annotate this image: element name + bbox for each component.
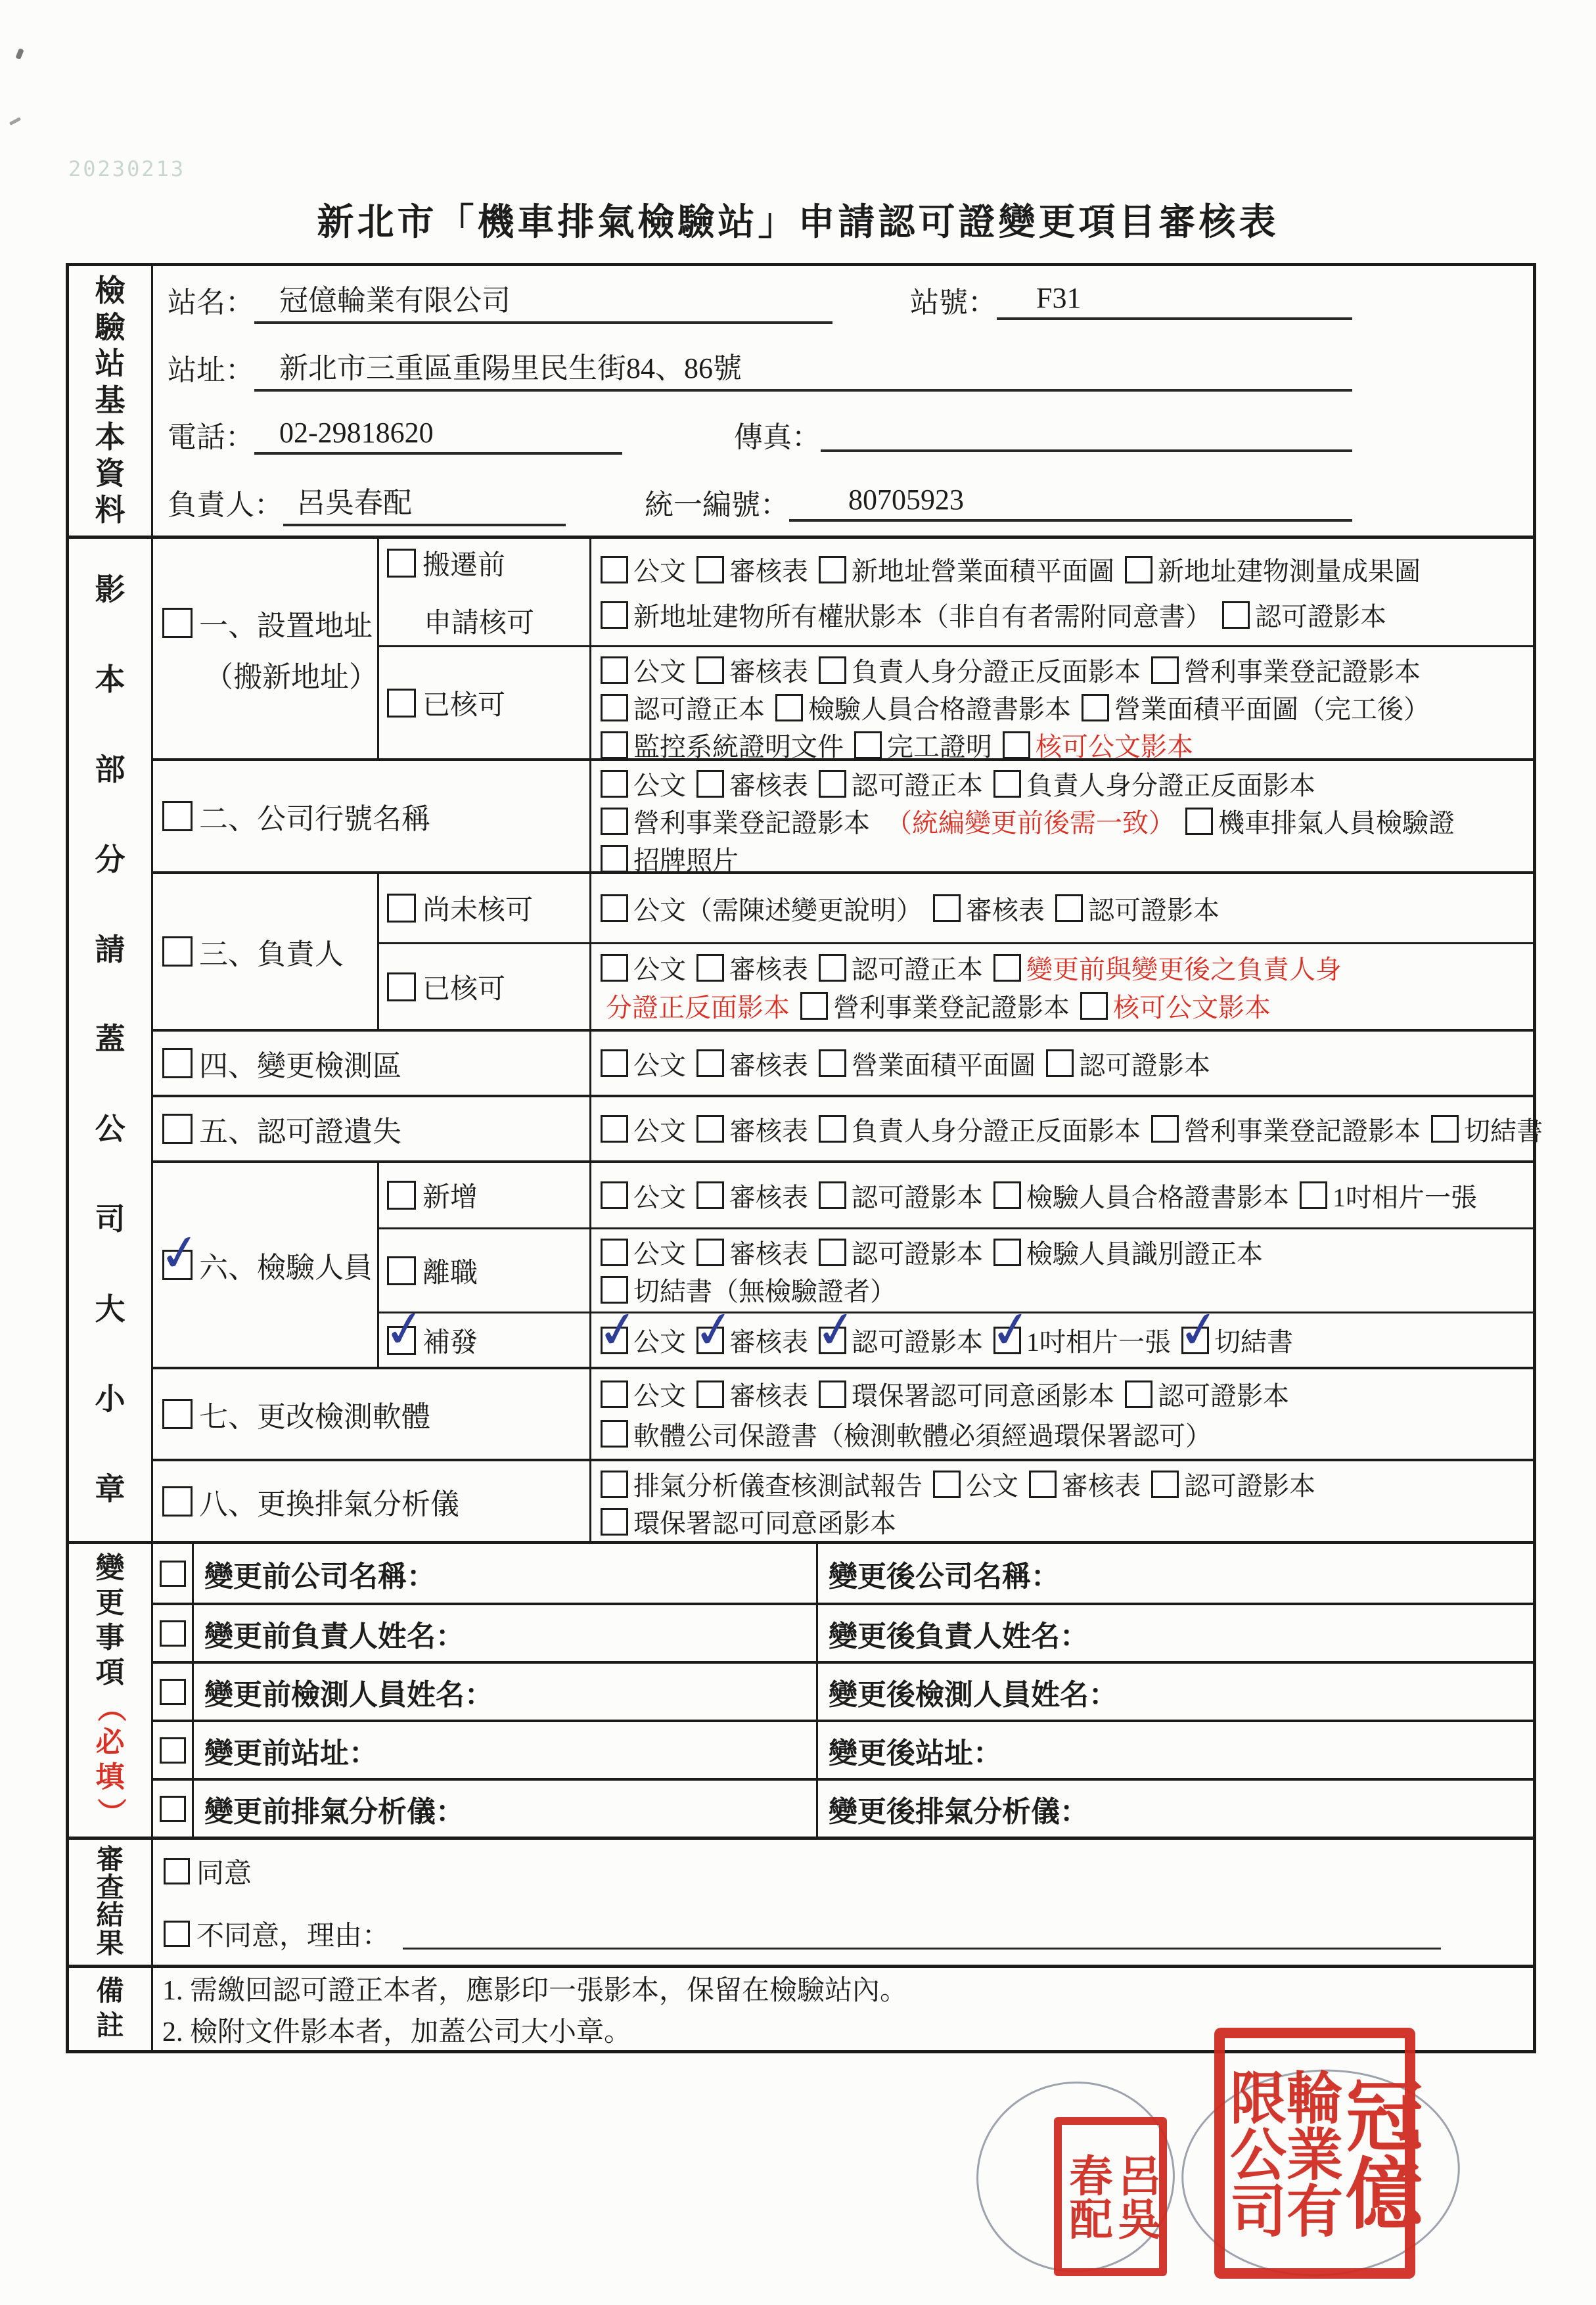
checkbox-營利事業登記證影本[interactable] (1151, 1115, 1179, 1143)
disagree-label: 不同意，理由： (196, 1914, 390, 1953)
documents-cell: 公文審核表環保署認可同意函影本認可證影本軟體公司保證書（檢測軟體必須經過環保署認… (591, 1369, 1533, 1459)
documents-cell: 公文審核表認可證影本檢驗人員識別證正本切結書（無檢驗證者） (591, 1229, 1533, 1312)
category-title-line: 四、變更檢測區 (162, 1042, 589, 1084)
subcategory-title-line: ✓補發 (387, 1321, 589, 1360)
doc-category-row: 二、公司行號名稱公文審核表認可證正本負責人身分證正反面影本營利事業登記證影本（統… (153, 758, 1533, 871)
category-title-line: 五、認可證遺失 (162, 1108, 589, 1150)
change-after-label[interactable]: 變更後檢測人員姓名： (818, 1664, 1533, 1720)
checkbox-認可證正本[interactable] (819, 954, 846, 982)
pen-check-mark: ✓ (1175, 1302, 1223, 1357)
doc-requirement: 公文（需陳述變更說明） (601, 890, 923, 927)
checkbox-已核可[interactable] (387, 689, 416, 718)
checkbox-審核表[interactable] (696, 1115, 724, 1143)
doc-requirement: 公文 (601, 1375, 686, 1413)
checkbox-營利事業登記證影本[interactable] (601, 808, 628, 835)
category-label: 七、更改檢測軟體 (199, 1393, 430, 1435)
scan-date-stamp: 20230213 (68, 156, 185, 181)
doc-label: 認可證影本 (852, 1233, 983, 1271)
seal-column: 呂吳 (1113, 2125, 1156, 2268)
section-label-basic: 檢驗站基本資料 (69, 266, 153, 536)
doc-requirement: ✓公文 (601, 1321, 686, 1359)
category-title-line: 八、更換排氣分析儀 (162, 1480, 589, 1522)
doc-label: 認可證影本 (852, 1321, 983, 1359)
doc-requirement: 認可證影本 (1222, 596, 1386, 633)
vertical-label-char: 果 (96, 1930, 124, 1958)
doc-label: 審核表 (966, 890, 1045, 927)
change-after-label[interactable]: 變更後排氣分析儀： (818, 1781, 1533, 1837)
checkbox-認可證正本[interactable] (819, 770, 846, 798)
checkbox-審核表[interactable] (696, 556, 724, 583)
doc-note: 分證正反面影本 (601, 987, 790, 1024)
checkbox-公文（需陳述變更說明）[interactable] (601, 894, 628, 922)
vertical-label-char: 蓋 (95, 1024, 125, 1055)
subcategory-cell: 新增 (379, 1163, 591, 1227)
station-name-value[interactable]: 冠億輪業有限公司 (254, 275, 832, 324)
pen-check-mark: ✓ (812, 1302, 861, 1357)
doc-label: 1吋相片一張 (1026, 1321, 1171, 1359)
checkbox-營業面積平面圖（完工後）[interactable] (1082, 694, 1109, 721)
checkbox-認可證影本[interactable] (1046, 1049, 1074, 1077)
documents-line: 公文審核表營業面積平面圖認可證影本 (601, 1045, 1530, 1082)
category-label: 八、更換排氣分析儀 (199, 1480, 459, 1522)
review-body: 同意 不同意，理由： (153, 1840, 1533, 1965)
category-cell: 七、更改檢測軟體 (153, 1369, 591, 1459)
checkbox-公文[interactable] (601, 556, 628, 583)
owner-value[interactable]: 呂吳春配 (283, 478, 566, 526)
checkbox-環保署認可同意函影本[interactable] (601, 1508, 628, 1536)
checkbox-檢驗人員合格證書影本[interactable] (775, 694, 803, 721)
doc-requirement: 核可公文影本 (1080, 987, 1271, 1024)
checkbox-審核表[interactable] (696, 1381, 724, 1408)
section-review-result: 審查結果 同意 不同意，理由： (69, 1837, 1533, 1965)
subrows-column: 公文審核表負責人身分證正反面影本營利事業登記證影本切結書 (591, 1097, 1533, 1160)
doc-requirement: ✓審核表 (696, 1321, 808, 1359)
checkbox-檢驗人員合格證書影本[interactable] (993, 1181, 1021, 1209)
doc-requirement: 認可證影本 (819, 1233, 983, 1271)
documents-line: 公文審核表認可證影本檢驗人員識別證正本 (601, 1233, 1530, 1271)
checkbox-離職[interactable] (387, 1256, 416, 1285)
doc-label: 軟體公司保證書（檢測軟體必須經過環保署認可） (633, 1415, 1212, 1453)
checkbox-認可證影本[interactable] (819, 1181, 846, 1209)
checkbox-軟體公司保證書（檢測軟體必須經過環保署認可）[interactable] (601, 1420, 628, 1448)
address-value[interactable]: 新北市三重區重陽里民生街84、86號 (254, 343, 1352, 392)
checkbox-disagree[interactable] (164, 1921, 190, 1947)
doc-requirement: 新地址建物所有權狀影本（非自有者需附同意書） (601, 596, 1212, 633)
checkbox-已核可[interactable] (387, 972, 416, 1001)
checkbox-營利事業登記證影本[interactable] (1151, 656, 1179, 684)
subcategory-label: 申請核可 (387, 601, 589, 641)
checkbox-公文[interactable] (601, 770, 628, 798)
checkbox-審核表[interactable]: ✓ (696, 1327, 724, 1354)
vertical-label-char: 檢 (95, 276, 125, 306)
doc-label: 機車排氣人員檢驗證 (1218, 802, 1455, 840)
doc-label: 核可公文影本 (1113, 987, 1271, 1024)
doc-label: 營利事業登記證影本 (833, 987, 1070, 1024)
doc-requirement: 審核表 (696, 765, 808, 802)
checkbox-變更前站址：[interactable] (160, 1737, 186, 1764)
doc-requirement: 認可證影本 (1046, 1045, 1210, 1082)
checkbox-審核表[interactable] (696, 1181, 724, 1209)
documents-cell: ✓公文✓審核表✓認可證影本✓1吋相片一張✓切結書 (591, 1313, 1533, 1367)
change-item-row: 變更前排氣分析儀：變更後排氣分析儀： (153, 1778, 1533, 1837)
checkbox-負責人身分證正反面影本[interactable] (819, 656, 846, 684)
doc-requirement: 新地址建物測量成果圖 (1125, 551, 1421, 588)
doc-requirement: 環保署認可同意函影本 (819, 1375, 1114, 1413)
change-before-label[interactable]: 變更前站址： (194, 1722, 818, 1778)
documents-cell: 公文審核表認可證正本變更前與變更後之負責人身分證正反面影本營利事業登記證影本核可… (591, 944, 1533, 1029)
doc-label: 負責人身分證正反面影本 (852, 1110, 1141, 1148)
category-label: 四、變更檢測區 (199, 1042, 401, 1084)
subcategory-label: 尚未核可 (422, 888, 533, 928)
checkbox-變更前負責人姓名：[interactable] (160, 1620, 186, 1647)
doc-requirement: 審核表 (696, 551, 808, 588)
checkbox-五、認可證遺失[interactable] (162, 1114, 193, 1144)
documents-cell: 公文審核表負責人身分證正反面影本營利事業登記證影本認可證正本檢驗人員合格證書影本… (591, 647, 1533, 758)
doc-label: 審核表 (729, 1375, 808, 1413)
doc-subrow: 新增公文審核表認可證影本檢驗人員合格證書影本1吋相片一張 (379, 1163, 1533, 1227)
phone-value[interactable]: 02-29818620 (254, 415, 622, 455)
checkbox-二、公司行號名稱[interactable] (162, 801, 193, 831)
doc-subrow: 排氣分析儀查核測試報告公文審核表認可證影本環保署認可同意函影本 (591, 1461, 1533, 1541)
doc-subrow: 公文審核表營業面積平面圖認可證影本 (591, 1032, 1533, 1095)
vertical-label-char: 必 (96, 1728, 125, 1757)
checkbox-新地址建物所有權狀影本（非自有者需附同意書）[interactable] (601, 601, 628, 629)
subcategory-title-line: 已核可 (387, 683, 589, 723)
checkbox-營利事業登記證影本[interactable] (800, 992, 828, 1020)
subcategory-title-line: 尚未核可 (387, 888, 589, 928)
doc-requirement: 檢驗人員合格證書影本 (993, 1177, 1289, 1214)
vertical-label-char: 大 (95, 1294, 125, 1325)
checkbox-審核表[interactable] (696, 656, 724, 684)
category-title-line: 一、設置地址 (162, 602, 377, 644)
checkbox-審核表[interactable] (696, 1049, 724, 1077)
checkbox-公文[interactable] (601, 1239, 628, 1266)
checkbox-四、變更檢測區[interactable] (162, 1048, 193, 1078)
documents-line: 排氣分析儀查核測試報告公文審核表認可證影本 (601, 1465, 1530, 1503)
doc-label: 新地址營業面積平面圖 (852, 551, 1114, 588)
checkbox-agree[interactable] (164, 1858, 190, 1884)
subcategory-cell: 已核可 (379, 944, 591, 1029)
doc-requirement: 認可證正本 (819, 765, 983, 802)
category-title-line: 二、公司行號名稱 (162, 795, 589, 837)
checkbox-公文[interactable] (601, 1381, 628, 1408)
doc-label: 新地址建物所有權狀影本（非自有者需附同意書） (633, 596, 1212, 633)
section-label-review: 審查結果 (69, 1840, 153, 1965)
vertical-label-char: 查 (96, 1875, 124, 1902)
change-after-label[interactable]: 變更後公司名稱： (818, 1544, 1533, 1603)
subcategory-cell: 搬遷前申請核可 (379, 539, 591, 645)
doc-category-row: 一、設置地址（搬新地址）搬遷前申請核可公文審核表新地址營業面積平面圖新地址建物測… (153, 539, 1533, 758)
doc-requirement: 機車排氣人員檢驗證 (1185, 802, 1455, 840)
doc-label: 認可證影本 (1088, 890, 1220, 927)
checkbox-切結書[interactable]: ✓ (1181, 1327, 1209, 1354)
vertical-label-char: 驗 (95, 313, 125, 343)
checkbox-八、更換排氣分析儀[interactable] (162, 1486, 193, 1517)
doc-note: （統編變更前後需一致） (880, 802, 1175, 840)
subrows-column: 公文審核表認可證正本負責人身分證正反面影本營利事業登記證影本（統編變更前後需一致… (591, 761, 1533, 871)
uniform-no-value[interactable]: 80705923 (789, 482, 1352, 522)
subrows-column: 新增公文審核表認可證影本檢驗人員合格證書影本1吋相片一張離職公文審核表認可證影本… (379, 1163, 1533, 1367)
doc-label: 認可證影本 (1184, 1465, 1315, 1503)
documents-line: 公文審核表認可證正本變更前與變更後之負責人身 (601, 949, 1530, 986)
checkbox-審核表[interactable] (696, 770, 724, 798)
doc-label: 公文 (633, 1045, 686, 1082)
doc-label: 檢驗人員合格證書影本 (808, 689, 1071, 726)
checkbox-負責人身分證正反面影本[interactable] (993, 770, 1021, 798)
subcategory-cell: 已核可 (379, 647, 591, 758)
doc-category-row: 四、變更檢測區公文審核表營業面積平面圖認可證影本 (153, 1029, 1533, 1095)
doc-subrow: 已核可公文審核表認可證正本變更前與變更後之負責人身分證正反面影本營利事業登記證影… (379, 942, 1533, 1029)
change-before-label[interactable]: 變更前排氣分析儀： (194, 1781, 818, 1837)
checkbox-機車排氣人員檢驗證[interactable] (1185, 808, 1213, 835)
documents-line: 公文審核表認可證正本負責人身分證正反面影本 (601, 765, 1530, 802)
doc-requirement: 公文 (601, 765, 686, 802)
checkbox-認可證正本[interactable] (601, 694, 628, 721)
doc-label: 排氣分析儀查核測試報告 (633, 1465, 923, 1503)
checkbox-公文[interactable] (601, 1115, 628, 1143)
checkbox-認可證影本[interactable] (1222, 601, 1250, 629)
checkbox-認可證影本[interactable]: ✓ (819, 1327, 846, 1354)
checkbox-補發[interactable]: ✓ (387, 1326, 416, 1355)
pen-check-mark: ✓ (380, 1301, 429, 1356)
checkbox-認可證影本[interactable] (1125, 1381, 1152, 1408)
change-item-row: 變更前公司名稱：變更後公司名稱： (153, 1544, 1533, 1603)
owner-name-seal: 春配 呂吳 (1054, 2117, 1167, 2276)
address-label: 站址： (168, 346, 254, 388)
checkbox-負責人身分證正反面影本[interactable] (819, 1115, 846, 1143)
checkbox-核可公文影本[interactable] (1003, 731, 1030, 759)
checkbox-公文[interactable] (601, 656, 628, 684)
doc-label: 負責人身分證正反面影本 (852, 651, 1141, 689)
doc-label: 審核表 (729, 1233, 808, 1271)
documents-cell: 公文審核表認可證正本負責人身分證正反面影本營利事業登記證影本（統編變更前後需一致… (591, 761, 1533, 871)
checkbox-1吋相片一張[interactable] (1300, 1181, 1327, 1209)
documents-line: 軟體公司保證書（檢測軟體必須經過環保署認可） (601, 1415, 1530, 1453)
documents-line: 公文審核表新地址營業面積平面圖新地址建物測量成果圖 (601, 551, 1530, 588)
change-checkbox-cell (153, 1722, 194, 1778)
seal-column: 冠億 (1338, 2038, 1415, 2268)
checkbox-變更前公司名稱：[interactable] (160, 1561, 186, 1587)
subrows-column: 公文審核表營業面積平面圖認可證影本 (591, 1032, 1533, 1095)
section-change-items: 變更事項（必填） 變更前公司名稱：變更後公司名稱：變更前負責人姓名：變更後負責人… (69, 1541, 1533, 1837)
pen-check-mark: ✓ (594, 1302, 643, 1357)
doc-label: 檢驗人員識別證正本 (1026, 1233, 1263, 1271)
checkbox-七、更改檢測軟體[interactable] (162, 1399, 193, 1429)
subrows-column: 搬遷前申請核可公文審核表新地址營業面積平面圖新地址建物測量成果圖新地址建物所有權… (379, 539, 1533, 758)
vertical-label-char: 章 (95, 1474, 125, 1505)
documents-line: 公文審核表負責人身分證正反面影本營利事業登記證影本切結書 (601, 1110, 1530, 1148)
subcategory-label: 搬遷前 (422, 543, 505, 583)
checkbox-六、檢驗人員[interactable]: ✓ (162, 1250, 193, 1280)
change-after-label[interactable]: 變更後負責人姓名： (818, 1605, 1533, 1661)
vertical-label-char: 料 (95, 495, 125, 526)
checkbox-監控系統證明文件[interactable] (601, 731, 628, 759)
checkbox-完工證明[interactable] (854, 731, 882, 759)
section-label-change-items: 變更事項（必填） (69, 1544, 153, 1837)
checkbox-核可公文影本[interactable] (1080, 992, 1108, 1020)
doc-requirement: 認可證影本 (1151, 1465, 1315, 1503)
vertical-label-char: 司 (95, 1204, 125, 1235)
doc-label: 認可證影本 (1255, 596, 1386, 633)
note-item: 1. 需繳回認可證正本者，應影印一張影本，保留在檢驗站內。 (153, 1968, 1533, 2009)
vertical-label-char: 審 (96, 1846, 124, 1874)
doc-category-row: ✓六、檢驗人員新增公文審核表認可證影本檢驗人員合格證書影本1吋相片一張離職公文審… (153, 1160, 1533, 1367)
doc-category-row: 三、負責人尚未核可公文（需陳述變更說明）審核表認可證影本已核可公文審核表認可證正… (153, 871, 1533, 1029)
doc-requirement: 審核表 (696, 949, 808, 986)
doc-subrow: ✓補發✓公文✓審核表✓認可證影本✓1吋相片一張✓切結書 (379, 1312, 1533, 1367)
checkbox-切結書[interactable] (1431, 1115, 1459, 1143)
doc-requirement: 營業面積平面圖 (819, 1045, 1036, 1082)
doc-requirement: 新地址營業面積平面圖 (819, 551, 1114, 588)
documents-cell: 公文（需陳述變更說明）審核表認可證影本 (591, 874, 1533, 942)
owner-label: 負責人： (168, 481, 283, 523)
doc-requirement: 公文 (601, 1110, 686, 1148)
fax-value[interactable] (821, 417, 1352, 452)
doc-requirement: 負責人身分證正反面影本 (993, 765, 1315, 802)
checkbox-審核表[interactable] (1029, 1471, 1057, 1498)
vertical-label-char: 結 (96, 1902, 124, 1930)
checkbox-尚未核可[interactable] (387, 894, 416, 923)
vertical-label-char: 填 (96, 1763, 125, 1792)
category-label: 一、設置地址 (199, 602, 373, 644)
category-cell: 三、負責人 (153, 874, 379, 1029)
checkbox-公文[interactable]: ✓ (601, 1327, 628, 1354)
change-before-label[interactable]: 變更前負責人姓名： (194, 1605, 818, 1661)
doc-label: 公文 (633, 949, 686, 986)
doc-label: 認可證影本 (852, 1177, 983, 1214)
vertical-label-char: （ (96, 1693, 125, 1722)
doc-category-row: 七、更改檢測軟體公文審核表環保署認可同意函影本認可證影本軟體公司保證書（檢測軟體… (153, 1367, 1533, 1459)
doc-label: 審核表 (1062, 1465, 1141, 1503)
checkbox-一、設置地址[interactable] (162, 608, 193, 638)
change-checkbox-cell (153, 1664, 194, 1720)
station-name-label: 站名： (168, 279, 254, 321)
checkbox-認可證影本[interactable] (819, 1239, 846, 1266)
doc-requirement: 審核表 (696, 1045, 808, 1082)
checkbox-認可證影本[interactable] (1151, 1471, 1179, 1498)
checkbox-審核表[interactable] (696, 1239, 724, 1266)
pen-check-mark: ✓ (987, 1302, 1036, 1357)
doc-requirement: 變更前與變更後之負責人身 (993, 949, 1342, 986)
doc-requirement: 1吋相片一張 (1300, 1177, 1477, 1214)
doc-requirement: 審核表 (696, 651, 808, 689)
subcategory-title-line: 新增 (387, 1175, 589, 1215)
doc-label: 營業面積平面圖 (852, 1045, 1036, 1082)
doc-label: 營業面積平面圖（完工後） (1114, 689, 1430, 726)
doc-label: 公文 (633, 1375, 686, 1413)
checkbox-變更前排氣分析儀：[interactable] (160, 1796, 186, 1822)
change-checkbox-cell (153, 1544, 194, 1603)
subcategory-cell: ✓補發 (379, 1313, 591, 1367)
checkbox-變更前與變更後之負責人身[interactable] (993, 954, 1021, 982)
documents-cell: 排氣分析儀查核測試報告公文審核表認可證影本環保署認可同意函影本 (591, 1461, 1533, 1541)
doc-subrow: 公文審核表認可證正本負責人身分證正反面影本營利事業登記證影本（統編變更前後需一致… (591, 761, 1533, 871)
change-after-label[interactable]: 變更後站址： (818, 1722, 1533, 1778)
doc-requirement: 軟體公司保證書（檢測軟體必須經過環保署認可） (601, 1415, 1212, 1453)
change-before-label[interactable]: 變更前檢測人員姓名： (194, 1664, 818, 1720)
checkbox-新增[interactable] (387, 1181, 416, 1210)
checkbox-1吋相片一張[interactable]: ✓ (993, 1327, 1021, 1354)
vertical-label-char: 影 (95, 575, 125, 605)
doc-requirement: 審核表 (696, 1110, 808, 1148)
doc-requirement: 負責人身分證正反面影本 (819, 1110, 1141, 1148)
checkbox-新地址營業面積平面圖[interactable] (819, 556, 846, 583)
row-phone-fax: 電話： 02-29818620 傳真： (153, 401, 1533, 468)
pen-check-mark: ✓ (690, 1302, 739, 1357)
subrows-column: 尚未核可公文（需陳述變更說明）審核表認可證影本已核可公文審核表認可證正本變更前與… (379, 874, 1533, 1029)
vertical-label-char: 資 (95, 459, 125, 489)
doc-subrow: 尚未核可公文（需陳述變更說明）審核表認可證影本 (379, 874, 1533, 942)
doc-requirement: 排氣分析儀查核測試報告 (601, 1465, 923, 1503)
doc-label: 營利事業登記證影本 (633, 802, 870, 840)
category-cell: 五、認可證遺失 (153, 1097, 591, 1160)
checkbox-營業面積平面圖[interactable] (819, 1049, 846, 1077)
fax-label: 傳真： (734, 413, 821, 455)
seal-column: 輪業有 (1281, 2038, 1338, 2268)
checkbox-公文[interactable] (601, 954, 628, 982)
doc-requirement: 營利事業登記證影本 (800, 987, 1070, 1024)
doc-requirement: 檢驗人員合格證書影本 (775, 689, 1071, 726)
doc-requirement: 公文 (601, 1177, 686, 1214)
pen-scratch-mark (15, 48, 24, 60)
checkbox-排氣分析儀查核測試報告[interactable] (601, 1471, 628, 1498)
doc-label: 審核表 (729, 1177, 808, 1214)
vertical-label-char: 分 (95, 845, 125, 875)
checkbox-環保署認可同意函影本[interactable] (819, 1381, 846, 1408)
change-before-label[interactable]: 變更前公司名稱： (194, 1544, 818, 1603)
doc-requirement: 認可證影本 (1125, 1375, 1289, 1413)
doc-label: 公文 (633, 1177, 686, 1214)
checkbox-招牌照片[interactable] (601, 845, 628, 873)
checkbox-審核表[interactable] (933, 894, 961, 922)
checkbox-公文[interactable] (601, 1049, 628, 1077)
checkbox-三、負責人[interactable] (162, 936, 193, 967)
checkbox-公文[interactable] (933, 1471, 961, 1498)
doc-label: 審核表 (729, 1045, 808, 1082)
subcategory-cell: 尚未核可 (379, 874, 591, 942)
disagree-reason-field[interactable] (403, 1918, 1441, 1950)
station-no-value[interactable]: F31 (997, 280, 1352, 320)
doc-requirement: 切結書 (1431, 1110, 1543, 1148)
checkbox-審核表[interactable] (696, 954, 724, 982)
doc-label: 營利事業登記證影本 (1184, 651, 1421, 689)
doc-label: 檢驗人員合格證書影本 (1026, 1177, 1289, 1214)
doc-label: 公文 (633, 765, 686, 802)
agree-label: 同意 (196, 1852, 252, 1891)
subcategory-label: 已核可 (422, 967, 505, 1007)
doc-requirement: 認可證正本 (601, 689, 765, 726)
category-label: 三、負責人 (199, 930, 344, 972)
doc-requirement: 營利事業登記證影本 (601, 802, 870, 840)
checkbox-公文[interactable] (601, 1181, 628, 1209)
category-cell: ✓六、檢驗人員 (153, 1163, 379, 1367)
doc-requirement: 審核表 (696, 1177, 808, 1214)
checkbox-認可證影本[interactable] (1055, 894, 1083, 922)
checkbox-檢驗人員識別證正本[interactable] (993, 1239, 1021, 1266)
doc-label: 營利事業登記證影本 (1184, 1110, 1421, 1148)
checkbox-變更前檢測人員姓名：[interactable] (160, 1679, 186, 1705)
doc-label: 公文 (966, 1465, 1018, 1503)
checkbox-新地址建物測量成果圖[interactable] (1125, 556, 1152, 583)
change-checkbox-cell (153, 1605, 194, 1661)
doc-label: 審核表 (729, 1321, 808, 1359)
basic-info-body: 站名： 冠億輪業有限公司 站號： F31 站址： 新北市三重區重陽里民生街84、… (153, 266, 1533, 536)
category-label: 五、認可證遺失 (199, 1108, 401, 1150)
doc-label: 環保署認可同意函影本 (633, 1503, 896, 1540)
checkbox-搬遷前[interactable] (387, 549, 416, 578)
seal-column: 限公司 (1225, 2038, 1281, 2268)
documents-rows: 一、設置地址（搬新地址）搬遷前申請核可公文審核表新地址營業面積平面圖新地址建物測… (153, 539, 1533, 1541)
